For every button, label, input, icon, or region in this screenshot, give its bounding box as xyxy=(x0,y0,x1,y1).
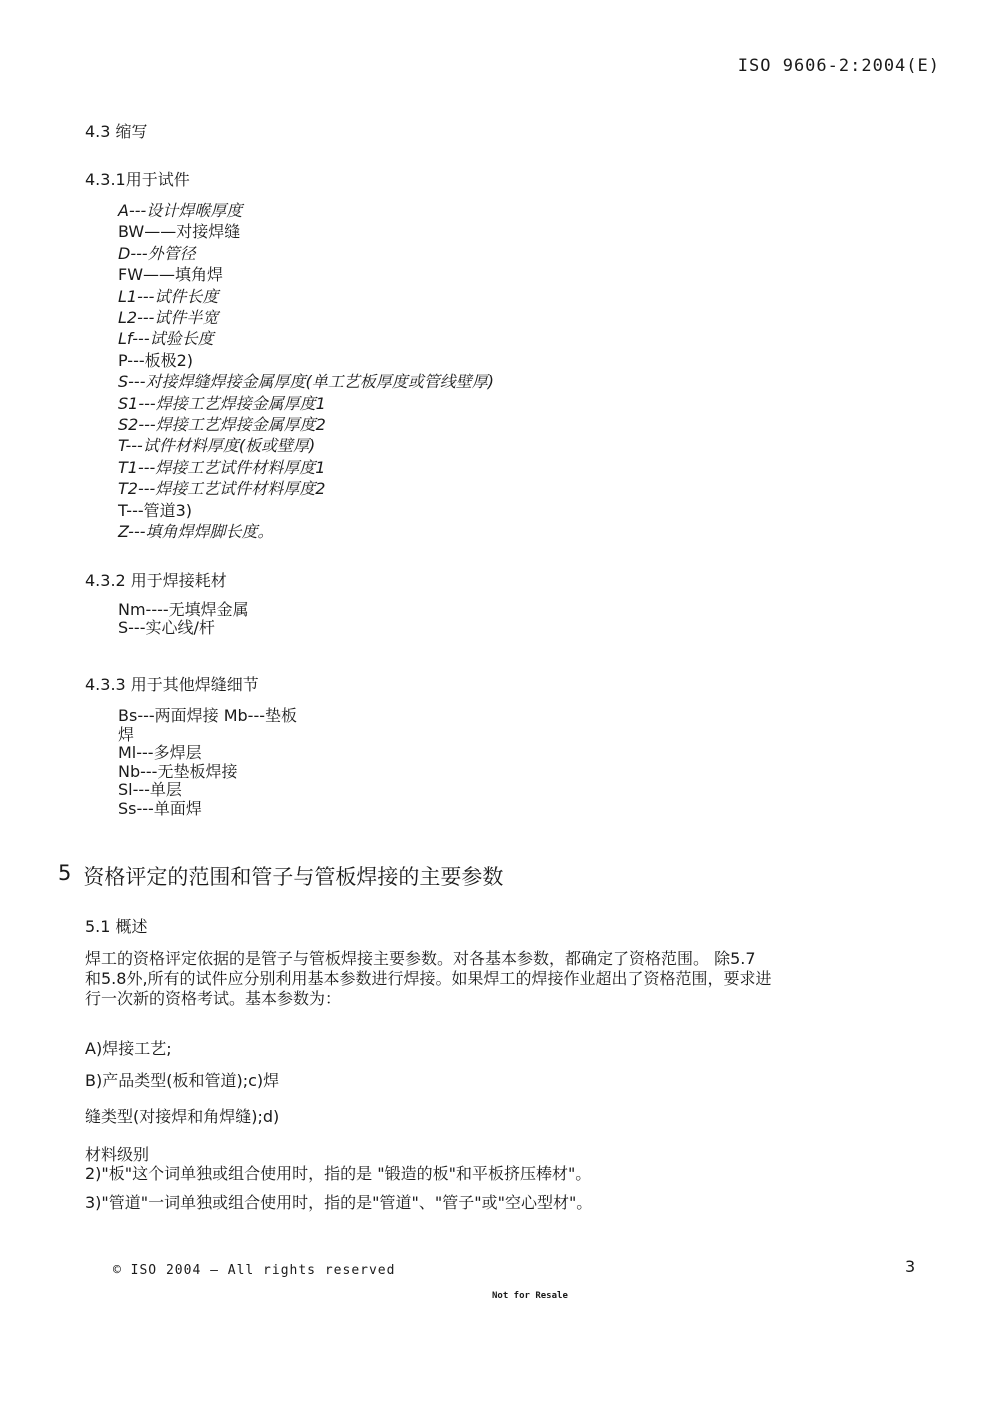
abbr-item: S1---焊接工艺焊接金属厚度1 xyxy=(118,393,494,414)
abbr-item: L1---试件长度 xyxy=(118,286,494,307)
abbr-item: T1---焊接工艺试件材料厚度1 xyxy=(118,457,494,478)
section-4-3-title: 4.3 缩写 xyxy=(85,119,148,142)
abbr-item: FW——填角焊 xyxy=(118,264,494,285)
abbr-item: 焊 xyxy=(118,726,297,745)
section-5-1-paragraph: 焊工的资格评定依据的是管子与管板焊接主要参数。对各基本参数，都确定了资格范围。 … xyxy=(85,949,971,1009)
section-5-heading: 5 资格评定的范围和管子与管板焊接的主要参数 xyxy=(58,861,503,891)
abbr-item: Ml---多焊层 xyxy=(118,744,297,763)
abbr-item: S---对接焊缝焊接金属厚度(单工艺板厚度或管线壁厚) xyxy=(118,371,494,392)
abbr-item: Lf---试验长度 xyxy=(118,328,494,349)
section-4-3-3-title: 4.3.3 用于其他焊缝细节 xyxy=(85,672,259,695)
abbr-item: Sl---单层 xyxy=(118,781,297,800)
footer-page-number: 3 xyxy=(905,1257,915,1276)
section-5-1-title: 5.1 概述 xyxy=(85,914,148,937)
abbreviation-list-weld-details: Bs---两面焊接 Mb---垫板 焊 Ml---多焊层 Nb---无垫板焊接 … xyxy=(118,707,297,819)
abbr-item: T---试件材料厚度(板或壁厚) xyxy=(118,435,494,456)
abbr-item: Nb---无垫板焊接 xyxy=(118,763,297,782)
basic-parameter-item-a: A)焊接工艺; xyxy=(85,1036,172,1059)
abbr-item: Ss---单面焊 xyxy=(118,800,297,819)
section-4-3-2-title: 4.3.2 用于焊接耗材 xyxy=(85,568,227,591)
basic-parameter-item-b: B)产品类型(板和管道);c)焊 xyxy=(85,1068,279,1091)
section-4-3-1-title: 4.3.1用于试件 xyxy=(85,167,190,190)
footer-copyright: © ISO 2004 – All rights reserved xyxy=(113,1263,395,1278)
not-for-resale-watermark: Not for Resale xyxy=(492,1291,568,1301)
abbr-item: L2---试件半宽 xyxy=(118,307,494,328)
abbr-item: Z---填角焊焊脚长度。 xyxy=(118,521,494,542)
abbr-item: S2---焊接工艺焊接金属厚度2 xyxy=(118,414,494,435)
abbr-item: Bs---两面焊接 Mb---垫板 xyxy=(118,707,297,726)
abbreviation-list-consumables: Nm----无填焊金属 S---实心线/杆 xyxy=(118,601,249,636)
abbr-item: T---管道3) xyxy=(118,500,494,521)
doc-header-number: ISO 9606-2:2004(E) xyxy=(738,56,940,76)
section-5-title: 资格评定的范围和管子与管板焊接的主要参数 xyxy=(83,861,503,891)
section-5-number: 5 xyxy=(58,861,71,891)
abbr-item: Nm----无填焊金属 xyxy=(118,601,249,619)
abbr-item: A---设计焊喉厚度 xyxy=(118,200,494,221)
footnote-3: 3)"管道"一词单独或组合使用时，指的是"管道"、"管子"或"空心型材"。 xyxy=(85,1190,592,1213)
abbr-item: S---实心线/杆 xyxy=(118,619,249,637)
abbreviation-list-test-pieces: A---设计焊喉厚度 BW——对接焊缝 D---外管径 FW——填角焊 L1--… xyxy=(118,200,494,543)
basic-parameter-item-cont: 缝类型(对接焊和角焊缝);d) xyxy=(85,1104,279,1127)
footnote-2: 2)"板"这个词单独或组合使用时，指的是 "锻造的板"和平板挤压棒材"。 xyxy=(85,1161,591,1184)
abbr-item: D---外管径 xyxy=(118,243,494,264)
abbr-item: T2---焊接工艺试件材料厚度2 xyxy=(118,478,494,499)
document-page: ISO 9606-2:2004(E) 4.3 缩写 4.3.1用于试件 A---… xyxy=(0,0,992,1403)
abbr-item: BW——对接焊缝 xyxy=(118,221,494,242)
abbr-item: P---板极2) xyxy=(118,350,494,371)
